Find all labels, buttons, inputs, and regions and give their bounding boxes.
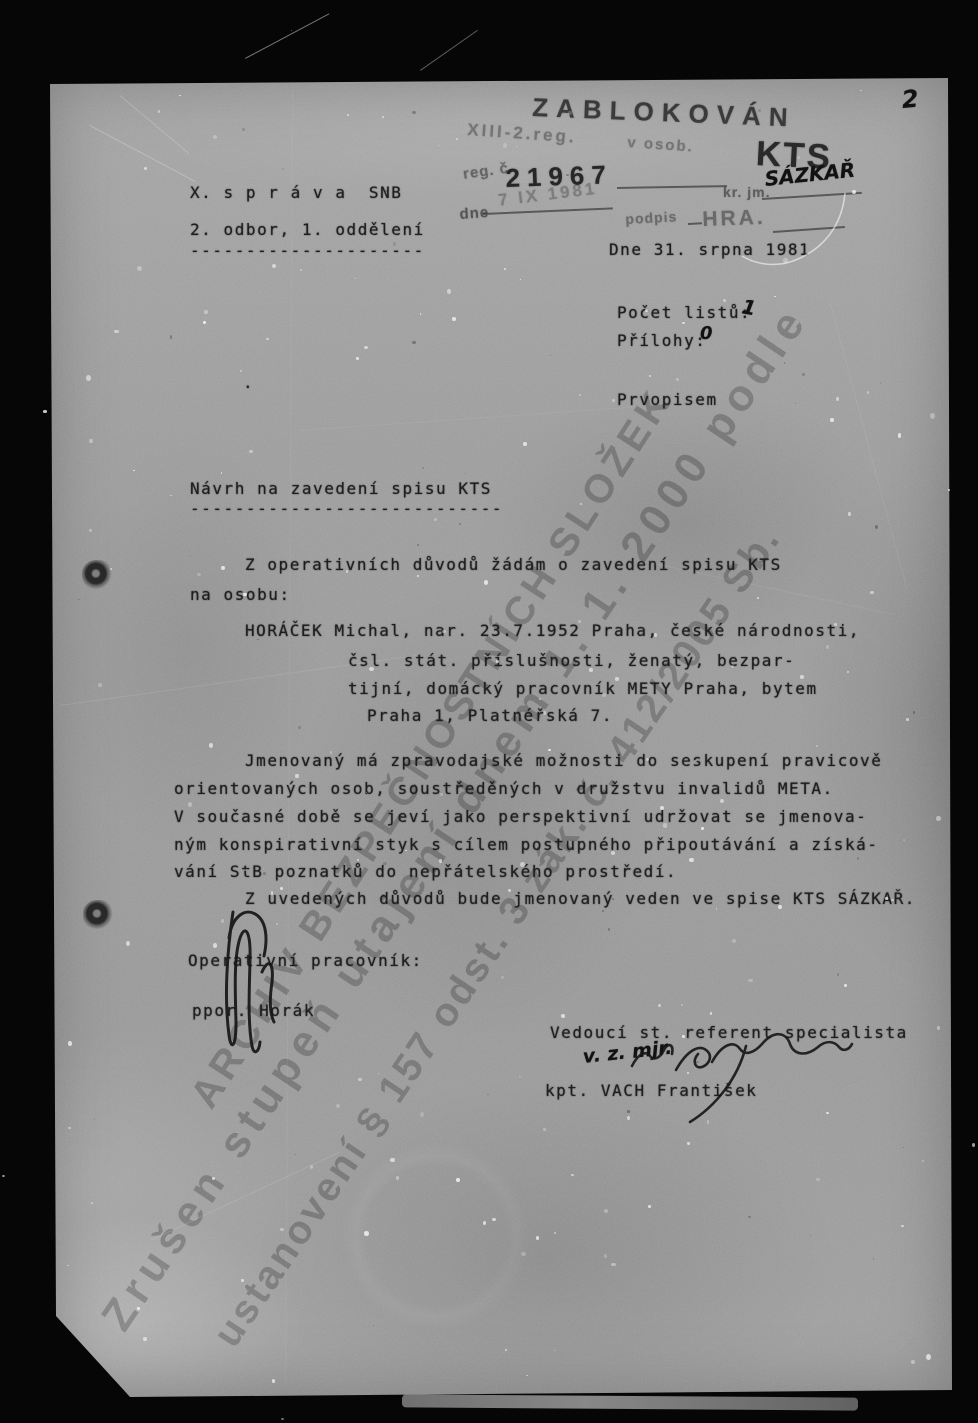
- dust-speck: [382, 116, 384, 118]
- typed-line: ným konspirativní styk s cílem postupnéh…: [174, 835, 879, 854]
- dust-speck: [170, 335, 173, 338]
- dust-speck: [757, 597, 759, 599]
- dust-speck: [452, 317, 455, 321]
- scratch-line: [829, 300, 908, 590]
- scratch-line: [90, 125, 196, 182]
- typed-line: ----------------------------: [190, 499, 503, 518]
- dust-speck: [91, 1202, 94, 1204]
- dust-speck: [213, 943, 217, 948]
- dust-speck: [523, 442, 527, 446]
- dust-speck: [543, 1128, 546, 1130]
- stamp-rule: [773, 226, 845, 233]
- dust-speck: [68, 1041, 72, 1046]
- dust-speck: [294, 1154, 296, 1155]
- dust-speck: [213, 135, 218, 140]
- typed-line: kpt. VACH František: [545, 1081, 757, 1100]
- dust-speck: [937, 1026, 940, 1029]
- dust-speck: [604, 1254, 607, 1257]
- dust-speck: [648, 1205, 651, 1208]
- dust-speck: [209, 743, 213, 748]
- stamp-text: v osob.: [627, 134, 695, 156]
- underlying-page-edge: [402, 1394, 858, 1410]
- dust-speck: [98, 683, 102, 687]
- dust-speck: [434, 518, 437, 521]
- dust-speck: [837, 973, 839, 976]
- handwritten-text: 2: [901, 85, 920, 114]
- dust-speck: [396, 1176, 400, 1180]
- dust-speck: [298, 726, 301, 729]
- dust-speck: [649, 375, 651, 377]
- typed-line: ppor. Horák: [192, 1001, 315, 1020]
- dust-speck: [707, 1120, 710, 1123]
- typed-line: vání StB poznatků do nepřátelského prost…: [174, 862, 677, 881]
- dust-speck: [696, 1061, 699, 1064]
- dust-speck: [89, 529, 91, 532]
- typed-line: Prvopisem: [617, 390, 718, 409]
- handwritten-text: 1: [740, 294, 758, 320]
- dust-speck: [197, 573, 201, 576]
- dust-speck: [417, 575, 419, 577]
- dust-speck: [412, 341, 415, 344]
- dust-speck: [830, 418, 834, 422]
- dust-speck: [282, 168, 284, 170]
- typed-line: čsl. stát. příslušnosti, ženatý, bezpar-: [348, 651, 795, 670]
- punch-hole-bottom: [83, 900, 116, 930]
- page-content: ARCHIV BEZPEČNOSTNÍCH SLOŽEKZrušen stupe…: [0, 0, 978, 1423]
- dust-speck: [972, 1143, 975, 1147]
- dust-speck: [571, 1174, 574, 1176]
- dust-speck: [880, 382, 881, 384]
- typed-line: Návrh na zavedení spisu KTS: [190, 479, 492, 498]
- scratch-line: [285, 90, 293, 1385]
- typed-line: .: [243, 373, 254, 392]
- dust-speck: [417, 544, 419, 546]
- dust-speck: [901, 1225, 904, 1227]
- dust-speck: [249, 450, 253, 453]
- typed-line: Operativní pracovník:: [188, 951, 423, 970]
- dust-speck: [687, 1072, 689, 1074]
- dust-speck: [204, 310, 207, 313]
- dust-speck: [447, 289, 452, 294]
- typed-line: Z uvedených důvodů bude jmenovaný veden …: [245, 889, 916, 908]
- dust-speck: [536, 1236, 540, 1239]
- dust-speck: [412, 111, 415, 114]
- dust-speck: [903, 1147, 904, 1148]
- dust-speck: [422, 467, 425, 469]
- typed-line: Počet listů:: [617, 303, 751, 322]
- dust-speck: [221, 919, 224, 923]
- dust-speck: [816, 1178, 820, 1181]
- dust-speck: [521, 1252, 526, 1256]
- dust-speck: [67, 1265, 69, 1267]
- dust-speck: [364, 346, 368, 349]
- stamp-rule: [762, 192, 862, 200]
- dust-speck: [347, 114, 349, 116]
- dust-speck: [465, 473, 467, 474]
- dust-speck: [602, 910, 604, 912]
- dust-speck: [689, 858, 694, 863]
- dust-speck: [550, 355, 551, 356]
- dust-speck: [420, 313, 422, 314]
- dust-speck: [144, 167, 146, 170]
- handwritten-text: 0: [700, 323, 713, 344]
- dust-speck: [2, 1175, 5, 1177]
- dust-speck: [936, 816, 941, 821]
- typed-line: Dne 31. srpna 1981: [609, 240, 810, 259]
- dust-speck: [826, 1112, 829, 1115]
- dust-speck: [860, 90, 862, 91]
- dust-speck: [170, 495, 172, 496]
- dust-speck: [143, 1337, 147, 1342]
- typed-line: na osobu:: [190, 585, 291, 604]
- dust-speck: [492, 1218, 496, 1221]
- dust-speck: [867, 391, 869, 394]
- dust-speck: [504, 268, 506, 270]
- scratch-line: [300, 406, 639, 431]
- dust-speck: [847, 671, 849, 673]
- typed-line: orientovaných osob, soustředěných v druž…: [174, 779, 834, 798]
- dust-speck: [505, 1349, 507, 1351]
- typed-line: 2. odbor, 1. oddělení: [190, 220, 425, 239]
- typed-line: Z operativních důvodů žádám o zavedení s…: [245, 555, 782, 574]
- dust-speck: [748, 1216, 751, 1219]
- dust-speck: [358, 1078, 361, 1081]
- dust-speck: [816, 745, 818, 747]
- dust-speck: [336, 1104, 341, 1109]
- dust-speck: [857, 857, 859, 860]
- dust-speck: [913, 711, 916, 714]
- dust-speck: [608, 928, 611, 931]
- dust-speck: [242, 128, 245, 130]
- dust-speck: [612, 399, 615, 402]
- dust-speck: [487, 1094, 488, 1095]
- dust-speck: [875, 525, 878, 529]
- typed-line: Praha 1, Platnéřská 7.: [367, 706, 613, 725]
- dust-speck: [137, 266, 142, 271]
- dust-speck: [221, 566, 225, 570]
- dust-speck: [373, 1325, 374, 1326]
- dust-speck: [748, 979, 753, 982]
- dust-speck: [276, 923, 278, 926]
- dust-speck: [456, 1178, 460, 1183]
- dust-speck: [484, 580, 488, 585]
- dust-speck: [848, 512, 851, 515]
- dust-speck: [898, 433, 901, 437]
- dust-speck: [926, 1354, 931, 1360]
- typed-line: HORÁČEK Michal, nar. 23.7.1952 Praha, če…: [245, 621, 860, 640]
- dust-speck: [561, 1014, 565, 1017]
- dust-speck: [903, 839, 905, 841]
- dust-speck: [870, 591, 874, 595]
- typed-line: V současné době se jeví jako perspektivn…: [174, 807, 867, 826]
- dust-speck: [356, 357, 360, 360]
- dust-speck: [158, 110, 161, 113]
- stamp-text: podpis: [625, 208, 678, 227]
- dust-speck: [906, 718, 908, 721]
- dust-speck: [503, 143, 507, 148]
- dust-speck: [86, 375, 91, 381]
- typed-line: ---------------------: [190, 241, 425, 260]
- dust-speck: [281, 1418, 284, 1420]
- stamp-rule: [617, 185, 727, 189]
- dust-speck: [501, 976, 505, 980]
- dust-speck: [720, 799, 724, 803]
- dust-speck: [526, 1375, 528, 1377]
- dust-speck: [516, 146, 518, 148]
- dust-speck: [710, 1012, 712, 1015]
- dust-speck: [179, 95, 181, 96]
- scan-background: ARCHIV BEZPEČNOSTNÍCH SLOŽEKZrušen stupe…: [0, 0, 978, 1423]
- dust-speck: [114, 330, 118, 333]
- dust-speck: [810, 1235, 812, 1237]
- document-page: ARCHIV BEZPEČNOSTNÍCH SLOŽEKZrušen stupe…: [46, 76, 954, 1398]
- dust-speck: [681, 1004, 684, 1006]
- dust-speck: [295, 774, 298, 777]
- dust-speck: [579, 394, 582, 396]
- dust-speck: [849, 1085, 851, 1086]
- typed-line: Vedoucí st. referent specialista: [550, 1023, 908, 1042]
- scratch-line: [245, 13, 329, 58]
- punch-hole-top: [82, 560, 115, 590]
- stamp-rule: [688, 222, 702, 224]
- dust-speck: [78, 599, 79, 600]
- dust-speck: [291, 30, 292, 32]
- dust-speck: [873, 1258, 874, 1260]
- dust-speck: [604, 1209, 608, 1212]
- dust-speck: [420, 1112, 424, 1117]
- dust-speck: [94, 1119, 95, 1120]
- typed-line: tijní, domácký pracovník METY Praha, byt…: [348, 679, 818, 698]
- dust-speck: [732, 939, 736, 944]
- dust-speck: [930, 413, 935, 419]
- dust-speck: [89, 439, 93, 444]
- stamp-text: HRA.: [702, 206, 766, 232]
- dust-speck: [844, 984, 847, 987]
- dust-speck: [627, 1110, 629, 1113]
- dust-speck: [658, 1004, 661, 1008]
- dust-speck: [43, 410, 46, 414]
- dust-speck: [911, 1360, 915, 1365]
- dust-speck: [922, 1160, 925, 1163]
- dust-speck: [190, 555, 192, 557]
- scratch-line: [420, 30, 478, 71]
- dust-speck: [438, 145, 440, 147]
- typed-line: Přílohy:: [617, 331, 706, 350]
- dust-speck: [611, 1263, 616, 1267]
- dust-speck: [836, 397, 840, 401]
- dust-speck: [554, 1350, 556, 1351]
- dust-speck: [300, 269, 302, 271]
- dust-speck: [676, 378, 679, 381]
- dust-speck: [802, 373, 805, 376]
- scratch-line: [119, 95, 189, 154]
- dust-speck: [627, 1116, 630, 1120]
- dust-speck: [826, 645, 829, 649]
- dust-speck: [456, 138, 458, 140]
- dust-speck: [126, 941, 130, 946]
- dust-speck: [390, 1158, 394, 1161]
- dust-speck: [459, 523, 462, 525]
- dust-speck: [272, 264, 276, 268]
- dust-speck: [701, 827, 704, 829]
- typed-line: Jmenovaný má zpravodajské možnosti do se…: [245, 751, 882, 770]
- typed-line: X. s p r á v a SNB: [190, 183, 402, 202]
- dust-speck: [795, 403, 796, 404]
- dust-speck: [364, 1231, 369, 1235]
